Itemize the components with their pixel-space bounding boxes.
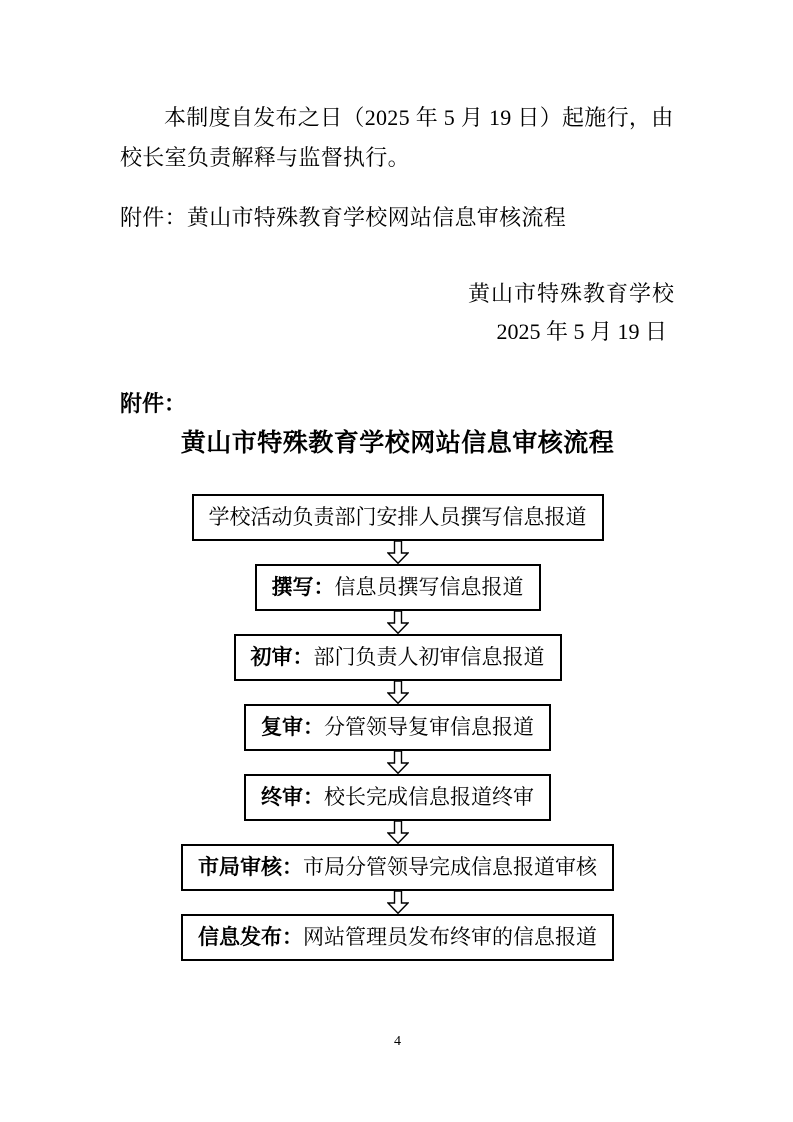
down-block-arrow-icon — [387, 681, 409, 704]
flow-step-label: 初审： — [251, 646, 314, 669]
down-block-arrow-icon — [387, 611, 409, 634]
down-block-arrow-icon — [387, 891, 409, 914]
approval-flowchart: 学校活动负责部门安排人员撰写信息报道 撰写：信息员撰写信息报道 初审：部门负责人… — [120, 494, 675, 961]
closing-paragraph: 本制度自发布之日（2025 年 5 月 19 日）起施行，由校长室负责解释与监督… — [120, 98, 694, 178]
document-page: 本制度自发布之日（2025 年 5 月 19 日）起施行，由校长室负责解释与监督… — [0, 0, 793, 1122]
flow-step-text: 分管领导复审信息报道 — [324, 715, 534, 739]
flow-step-box-5: 终审：校长完成信息报道终审 — [244, 774, 551, 821]
flow-step-text: 市局分管领导完成信息报道审核 — [303, 855, 597, 879]
flow-step-label: 撰写： — [272, 576, 335, 599]
flow-step-box-7: 信息发布：网站管理员发布终审的信息报道 — [181, 914, 614, 961]
flow-step-text: 信息员撰写信息报道 — [335, 575, 524, 599]
flow-step-text: 部门负责人初审信息报道 — [314, 645, 545, 669]
flow-step-label: 市局审核： — [198, 856, 303, 879]
flow-step-text: 学校活动负责部门安排人员撰写信息报道 — [209, 505, 587, 529]
flow-step-text: 校长完成信息报道终审 — [324, 785, 534, 809]
signature-school: 黄山市特殊教育学校 — [120, 280, 675, 308]
signature-date: 2025 年 5 月 19 日 — [120, 318, 675, 346]
flow-step-box-2: 撰写：信息员撰写信息报道 — [255, 564, 541, 611]
down-block-arrow-icon — [387, 751, 409, 774]
flow-step-label: 信息发布： — [198, 926, 303, 949]
attachment-reference-line: 附件：黄山市特殊教育学校网站信息审核流程 — [120, 204, 675, 232]
flow-step-box-1: 学校活动负责部门安排人员撰写信息报道 — [192, 494, 604, 541]
down-block-arrow-icon — [387, 541, 409, 564]
attachment-label: 附件： — [120, 390, 675, 418]
flow-step-box-6: 市局审核：市局分管领导完成信息报道审核 — [181, 844, 614, 891]
flow-step-text: 网站管理员发布终审的信息报道 — [303, 925, 597, 949]
page-number: 4 — [120, 1033, 675, 1051]
page-content: 本制度自发布之日（2025 年 5 月 19 日）起施行，由校长室负责解释与监督… — [0, 0, 793, 1051]
flow-step-label: 复审： — [261, 716, 324, 739]
flow-step-label: 终审： — [261, 786, 324, 809]
flow-step-box-4: 复审：分管领导复审信息报道 — [244, 704, 551, 751]
down-block-arrow-icon — [387, 821, 409, 844]
flowchart-title: 黄山市特殊教育学校网站信息审核流程 — [120, 428, 675, 458]
flow-step-box-3: 初审：部门负责人初审信息报道 — [234, 634, 562, 681]
